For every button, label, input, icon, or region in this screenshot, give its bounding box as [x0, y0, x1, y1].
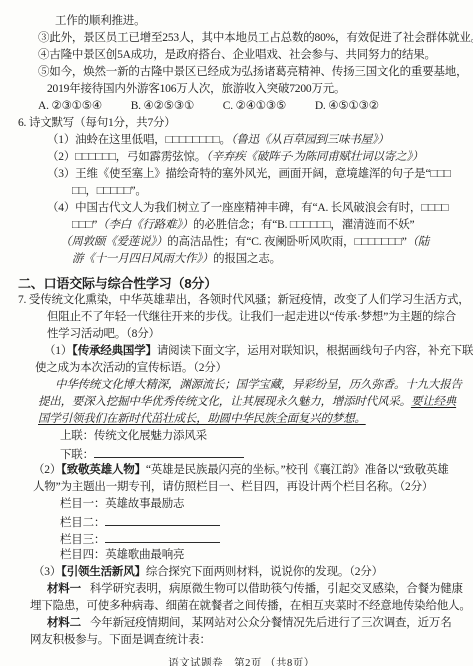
- q7-part1-text: 请阅读下面文字，运用对联知识，根据画线句子内容，补充下联，: [157, 345, 473, 357]
- material-1-text-line1: 科学研究表明，病原微生物可以借助筷勺传播，引起交叉感染，合餐为健康: [90, 583, 463, 595]
- q7-part2-label: 【致敬英雄人物】: [61, 464, 146, 476]
- q6-item-4-line2: □□□”（李白《行路难》）的必胜信念；有“B. □□□□□□，濯清涟而不妖”: [72, 217, 453, 234]
- q6-item-4-citation-luyou-start: （陆: [407, 236, 430, 248]
- q7-intro-line3: 性学习活动吧。（8分）: [47, 326, 453, 343]
- q7-part1-number: （1）: [44, 345, 72, 357]
- q7-part1-underlined-sentence-start: 要让经典: [411, 396, 456, 408]
- q7-material1-line1: 材料一科学研究表明，病原微生物可以借助筷勺传播，引起交叉感染，合餐为健康: [47, 581, 453, 598]
- q7-part2-number: （2）: [33, 464, 61, 476]
- q6-title: 6. 诗文默写（每句1分，共7分）: [18, 115, 453, 132]
- q7-part2-column2: 栏目二：: [60, 513, 453, 530]
- q7-part3-number: （3）: [33, 566, 61, 578]
- q6-item-1-citation: （鲁迅《从百草园到三味书屋》）: [231, 134, 389, 146]
- q7-part1-underlined-sentence-end: 国学引领我们在新时代茁壮成长，助圆中华民族全面复兴的梦想。: [38, 413, 366, 425]
- page-footer: 语文试题卷 第2页 （共8页）: [30, 655, 453, 666]
- q7-part1-xialian-blank: [94, 445, 244, 458]
- q6-item-4-citation-zhoudunyi: （周敦颐《爱莲说》）: [60, 236, 167, 248]
- q6-item-4-line4-text: 的报国之志。: [213, 253, 281, 265]
- q7-part1-passage-line2-text: 提出，要深入挖掘中华优秀传统文化，让其展现永久魅力，增添时代风采。: [38, 396, 411, 408]
- q7-part3-text: 综合探究下面两则材料，说说你的发现。（2分）: [146, 566, 383, 578]
- q6-item-4-citation-libai: （李白《行路难》）: [97, 219, 193, 231]
- q7-material2-line1: 材料二今年新冠疫情期间，某网站对公众分餐情况先后进行了三次调查，近万名: [47, 615, 453, 632]
- q7-part2-column2-label: 栏目二：: [60, 517, 105, 529]
- q7-part1-passage-line1: 中华传统文化博大精深，渊源流长；国学宝藏，异彩纷呈，历久弥香。十九大报告: [55, 377, 453, 394]
- q7-part2-column3-blank: [105, 530, 220, 543]
- q7-part2-column2-blank: [105, 513, 220, 526]
- q6-item-2: （2）□□□□□□，弓如霹雳弦惊。（辛弃疾《破阵子·为陈同甫赋壮词以寄之》）: [47, 149, 453, 166]
- q6-item-4-citation-luyou-end: 游《十一月四日风雨大作》）: [72, 253, 213, 265]
- section-2-heading: 二、口语交际与综合性学习（8分）: [18, 275, 453, 292]
- q7-part3-label: 【引领生活新风】: [61, 566, 146, 578]
- q6-item-3-line1: （3）王维《使至塞上》描绘奇特的塞外风光，画面开阔，意境雄浑的句子是“□□□: [47, 166, 453, 183]
- q6-item-3-line2: □□，□□□□□”。: [72, 183, 453, 200]
- material-2-text-line1: 今年新冠疫情期间，某网站对公众分餐情况先后进行了三次调查，近万名: [90, 617, 452, 629]
- q7-part1-passage-line2: 提出，要深入挖掘中华优秀传统文化，让其展现永久魅力，增添时代风采。要让经典: [38, 394, 453, 411]
- q7-part2-line1: （2）【致敬英雄人物】“英雄是民族最闪亮的坐标。”校刊《襄江韵》准备以“致敬英雄: [33, 462, 453, 479]
- q7-part1-xialian-label: 下联：: [60, 449, 94, 461]
- q7-part1-line1: （1）【传承经典国学】请阅读下面文字，运用对联知识，根据画线句子内容，补充下联，: [44, 343, 453, 360]
- q5-option-b: B. ④②⑤③①: [131, 98, 194, 115]
- q5-sentence-4: ④古隆中景区创5A成功，是政府搭台、企业唱戏、社会参与、共同努力的结果。: [38, 47, 453, 64]
- q7-part2-column1: 栏目一：英雄故事最励志: [60, 496, 453, 513]
- material-2-label: 材料二: [47, 617, 81, 629]
- q6-item-1-text: （1）油蛉在这里低唱，□□□□□□□□。: [47, 134, 231, 146]
- q7-part2-column3-label: 栏目三：: [60, 534, 105, 546]
- q7-material1-line2: 埋下隐患，可使多种病毒、细菌在就餐者之间传播，在相互夹菜时不经意地传染给他人。: [30, 598, 453, 615]
- q6-item-4-line1: （4）中国古代文人为我们树立了一座座精神丰碑，有“A. 长风破浪会有时，□□□□: [47, 200, 453, 217]
- q7-part1-shanglian: 上联：传统文化展魅力添风采: [60, 428, 453, 445]
- q7-part1-passage-line3: 国学引领我们在新时代茁壮成长，助圆中华民族全面复兴的梦想。: [38, 411, 453, 428]
- q7-part1-xialian: 下联：: [60, 445, 453, 462]
- q6-item-4-boxes: □□□”: [72, 219, 97, 231]
- q7-part2-column4: 栏目四：英雄歌曲最响亮: [60, 547, 453, 564]
- q6-item-4-line2-text: 的必胜信念；有“B. □□□□□□，濯清涟而不妖”: [193, 219, 414, 231]
- q5-option-c: C. ②④①③⑤: [223, 98, 286, 115]
- q6-item-4-line4: 游《十一月四日风雨大作》）的报国之志。: [72, 251, 453, 268]
- q6-item-4-line3-text: 的高洁品性；有“C. 夜阑卧听风吹雨，□□□□□□□”: [167, 236, 406, 248]
- exam-paper-page: 工作的顺利推进。 ③此外，景区员工已增至253人，其中本地员工占总数的80%，有…: [0, 0, 473, 666]
- q5-sentence-3: ③此外，景区员工已增至253人，其中本地员工占总数的80%，有效促进了社会群体就…: [38, 30, 453, 47]
- q7-intro-line1: 7. 受传统文化熏染，中华英雄辈出，各领时代风骚；新冠疫情，改变了人们学习生活方…: [18, 292, 453, 309]
- q5-options-line: A. ②③①⑤④ B. ④②⑤③① C. ②④①③⑤ D. ④⑤①③②: [38, 98, 453, 115]
- q5-sentence-5-line2: 2019年接待国内外游客106万人次，旅游收入突破7200万元。: [47, 81, 453, 98]
- q5-continuation-line: 工作的顺利推进。: [55, 13, 453, 30]
- q6-item-4-line3: （周敦颐《爱莲说》）的高洁品性；有“C. 夜阑卧听风吹雨，□□□□□□□”（陆: [60, 234, 453, 251]
- q6-item-2-citation: （辛弃疾《破阵子·为陈同甫赋壮词以寄之》）: [206, 151, 423, 163]
- q7-part3-line1: （3）【引领生活新风】综合探究下面两则材料，说说你的发现。（2分）: [33, 564, 453, 581]
- q7-part2-line2: 人物”为主题出一期专刊，请仿照栏目一、栏目四，再设计两个栏目名称。（2分）: [33, 479, 453, 496]
- q6-item-2-text: （2）□□□□□□，弓如霹雳弦惊。: [47, 151, 206, 163]
- q7-intro-line2: 但阻止不了年轻一代继往开来的步伐。让我们一起走进以“传承·梦想”为主题的综合: [47, 309, 453, 326]
- q7-part1-line2: 使之成为本次活动的宣传标语。（2分）: [35, 360, 453, 377]
- q7-part2-column3: 栏目三：: [60, 530, 453, 547]
- q7-material2-line2: 网友积极参与。下面是调查统计表：: [30, 632, 453, 649]
- q6-item-1: （1）油蛉在这里低唱，□□□□□□□□。（鲁迅《从百草园到三味书屋》）: [47, 132, 453, 149]
- q7-part2-text: “英雄是民族最闪亮的坐标。”校刊《襄江韵》准备以“致敬英雄: [146, 464, 449, 476]
- q7-part1-label: 【传承经典国学】: [72, 345, 157, 357]
- q5-option-a: A. ②③①⑤④: [38, 98, 102, 115]
- q5-option-d: D. ④⑤①③②: [315, 98, 379, 115]
- q5-sentence-5-line1: ⑤如今，焕然一新的古隆中景区已经成为弘扬诸葛亮精神、传扬三国文化的重要基地，: [38, 64, 453, 81]
- material-1-label: 材料一: [47, 583, 81, 595]
